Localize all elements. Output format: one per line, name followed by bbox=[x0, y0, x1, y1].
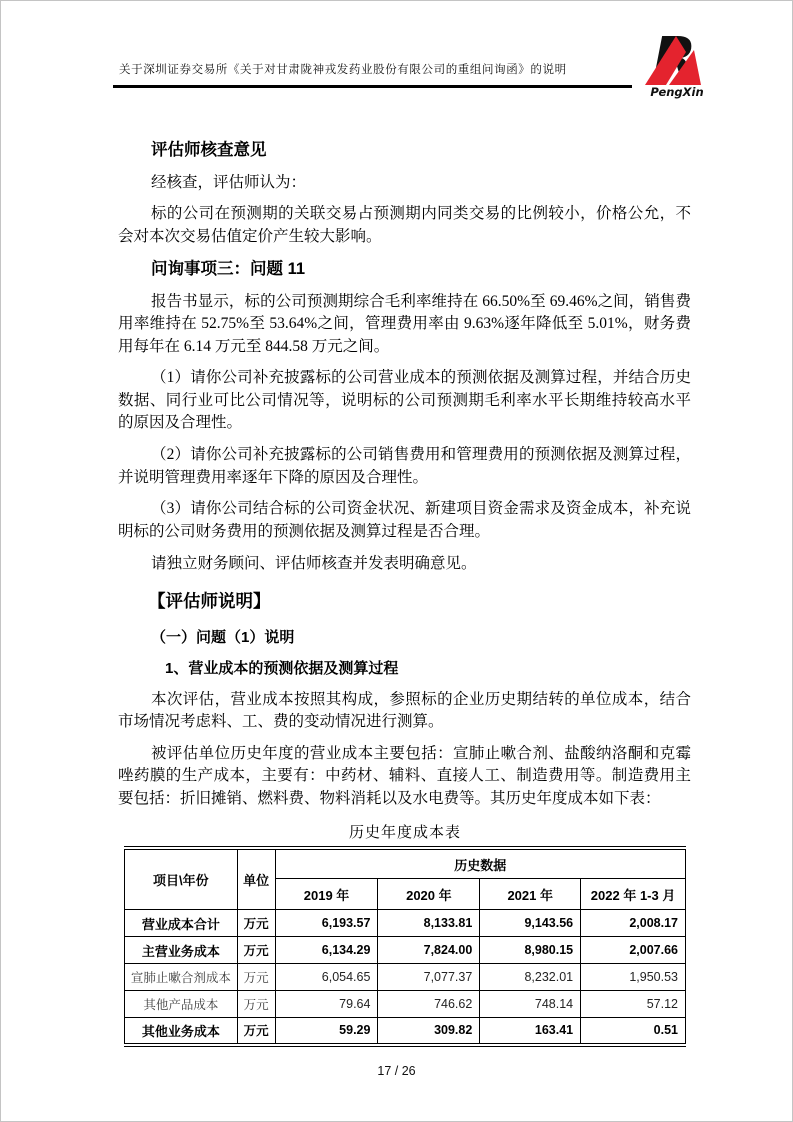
row-item-label: 宣肺止嗽合剂成本 bbox=[125, 964, 238, 991]
row-value: 8,232.01 bbox=[480, 964, 581, 991]
row-value: 746.62 bbox=[378, 991, 480, 1018]
row-unit: 万元 bbox=[237, 937, 275, 964]
table-row: 其他业务成本万元59.29309.82163.410.51 bbox=[125, 1018, 686, 1045]
row-item-label: 其他产品成本 bbox=[125, 991, 238, 1018]
row-value: 6,054.65 bbox=[275, 964, 378, 991]
paragraph: 标的公司在预测期的关联交易占预测期内同类交易的比例较小，价格公允，不会对本次交易… bbox=[118, 203, 691, 248]
row-value: 9,143.56 bbox=[480, 910, 581, 937]
document-page: 关于深圳证券交易所《关于对甘肃陇神戎发药业股份有限公司的重组问询函》的说明 R … bbox=[0, 0, 793, 1122]
row-value: 748.14 bbox=[480, 991, 581, 1018]
row-value: 79.64 bbox=[275, 991, 378, 1018]
pengxin-logo-mark: R bbox=[640, 27, 714, 85]
col-header-year-2020: 2020 年 bbox=[378, 879, 480, 910]
section-heading: 问询事项三：问题 11 bbox=[118, 258, 691, 281]
text-blocks: 评估师核查意见经核查，评估师认为：标的公司在预测期的关联交易占预测期内同类交易的… bbox=[118, 139, 691, 810]
row-item-label: 主营业务成本 bbox=[125, 937, 238, 964]
row-item-label: 营业成本合计 bbox=[125, 910, 238, 937]
header-title: 关于深圳证券交易所《关于对甘肃陇神戎发药业股份有限公司的重组问询函》的说明 bbox=[119, 61, 567, 77]
col-header-period-2022: 2022 年 1-3 月 bbox=[581, 879, 686, 910]
row-value: 1,950.53 bbox=[581, 964, 686, 991]
row-value: 6,134.29 bbox=[275, 937, 378, 964]
row-value: 2,008.17 bbox=[581, 910, 686, 937]
bracket-heading: 【评估师说明】 bbox=[118, 589, 691, 614]
row-value: 2,007.66 bbox=[581, 937, 686, 964]
row-value: 309.82 bbox=[378, 1018, 480, 1045]
page-footer: 17 / 26 bbox=[1, 1064, 792, 1078]
row-value: 7,077.37 bbox=[378, 964, 480, 991]
table-row: 主营业务成本万元6,134.297,824.008,980.152,007.66 bbox=[125, 937, 686, 964]
header-rule bbox=[113, 85, 632, 88]
row-value: 59.29 bbox=[275, 1018, 378, 1045]
page-number: 17 / 26 bbox=[377, 1064, 415, 1078]
paragraph: 被评估单位历史年度的营业成本主要包括：宣肺止嗽合剂、盐酸纳洛酮和克霉唑药膜的生产… bbox=[118, 743, 691, 810]
col-header-group: 历史数据 bbox=[275, 848, 685, 879]
paragraph: 请独立财务顾问、评估师核查并发表明确意见。 bbox=[118, 553, 691, 575]
table-row: 营业成本合计万元6,193.578,133.819,143.562,008.17 bbox=[125, 910, 686, 937]
paragraph: （2）请你公司补充披露标的公司销售费用和管理费用的预测依据及测算过程，并说明管理… bbox=[118, 444, 691, 489]
sub-heading: （一）问题（1）说明 bbox=[118, 627, 691, 648]
row-value: 57.12 bbox=[581, 991, 686, 1018]
document-body: 评估师核查意见经核查，评估师认为：标的公司在预测期的关联交易占预测期内同类交易的… bbox=[118, 129, 691, 1047]
pengxin-logo: R PengXin bbox=[639, 27, 715, 99]
row-item-label: 其他业务成本 bbox=[125, 1018, 238, 1045]
table-header-row-1: 项目\年份 单位 历史数据 bbox=[125, 848, 686, 879]
paragraph: 报告书显示，标的公司预测期综合毛利率维持在 66.50%至 69.46%之间，销… bbox=[118, 291, 691, 358]
paragraph: （3）请你公司结合标的公司资金状况、新建项目资金需求及资金成本，补充说明标的公司… bbox=[118, 498, 691, 543]
paragraph: （1）请你公司补充披露标的公司营业成本的预测依据及测算过程，并结合历史数据、同行… bbox=[118, 367, 691, 434]
table-row: 其他产品成本万元79.64746.62748.1457.12 bbox=[125, 991, 686, 1018]
row-value: 8,133.81 bbox=[378, 910, 480, 937]
row-value: 7,824.00 bbox=[378, 937, 480, 964]
row-unit: 万元 bbox=[237, 991, 275, 1018]
col-header-year-2019: 2019 年 bbox=[275, 879, 378, 910]
pengxin-logo-text: PengXin bbox=[639, 85, 715, 99]
row-unit: 万元 bbox=[237, 1018, 275, 1045]
table-caption: 历史年度成本表 bbox=[124, 823, 686, 843]
row-value: 0.51 bbox=[581, 1018, 686, 1045]
paragraph: 经核查，评估师认为： bbox=[118, 172, 691, 194]
paragraph: 本次评估，营业成本按照其构成，参照标的企业历史期结转的单位成本，结合市场情况考虑… bbox=[118, 689, 691, 734]
historical-cost-table: 项目\年份 单位 历史数据 2019 年 2020 年 2021 年 2022 … bbox=[124, 846, 686, 1047]
row-unit: 万元 bbox=[237, 910, 275, 937]
col-header-item: 项目\年份 bbox=[125, 848, 238, 910]
row-value: 163.41 bbox=[480, 1018, 581, 1045]
row-unit: 万元 bbox=[237, 964, 275, 991]
col-header-year-2021: 2021 年 bbox=[480, 879, 581, 910]
row-value: 8,980.15 bbox=[480, 937, 581, 964]
numbered-heading: 1、营业成本的预测依据及测算过程 bbox=[118, 658, 691, 679]
section-heading: 评估师核查意见 bbox=[118, 139, 691, 162]
col-header-unit: 单位 bbox=[237, 848, 275, 910]
table-row: 宣肺止嗽合剂成本万元6,054.657,077.378,232.011,950.… bbox=[125, 964, 686, 991]
row-value: 6,193.57 bbox=[275, 910, 378, 937]
